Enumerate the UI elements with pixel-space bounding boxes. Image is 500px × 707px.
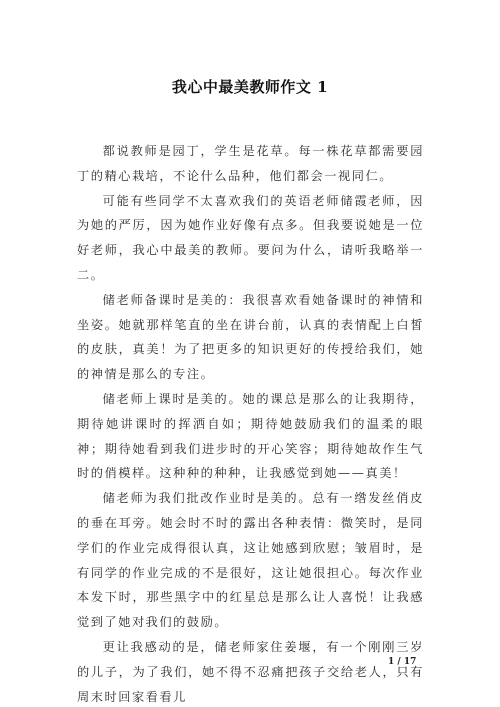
paragraph: 都说教师是园丁，学生是花草。每一株花草都需要园丁的精心栽培，不论什么品种，他们都… [77,139,424,189]
paragraph: 可能有些同学不太喜欢我们的英语老师储霞老师，因为她的严厉，因为她作业好像有点多。… [77,189,424,288]
paragraph: 储老师为我们批改作业时是美的。总有一绺发丝俏皮的垂在耳旁。她会时不时的露出各种表… [77,486,424,635]
document-title: 我心中最美教师作文 1 [0,76,500,97]
page-number: 1 / 17 [388,657,416,667]
paragraph: 储老师上课时是美的。她的课总是那么的让我期待，期待她讲课时的挥洒自如；期待她鼓励… [77,387,424,486]
paragraph: 更让我感动的是，储老师家住姜堰，有一个刚刚三岁的儿子，为了我们，她不得不忍痛把孩… [77,635,424,707]
document-page: 我心中最美教师作文 1 都说教师是园丁，学生是花草。每一株花草都需要园丁的精心栽… [0,0,500,707]
paragraph: 储老师备课时是美的：我很喜欢看她备课时的神情和坐姿。她就那样笔直的坐在讲台前，认… [77,288,424,387]
document-body: 都说教师是园丁，学生是花草。每一株花草都需要园丁的精心栽培，不论什么品种，他们都… [77,139,424,707]
